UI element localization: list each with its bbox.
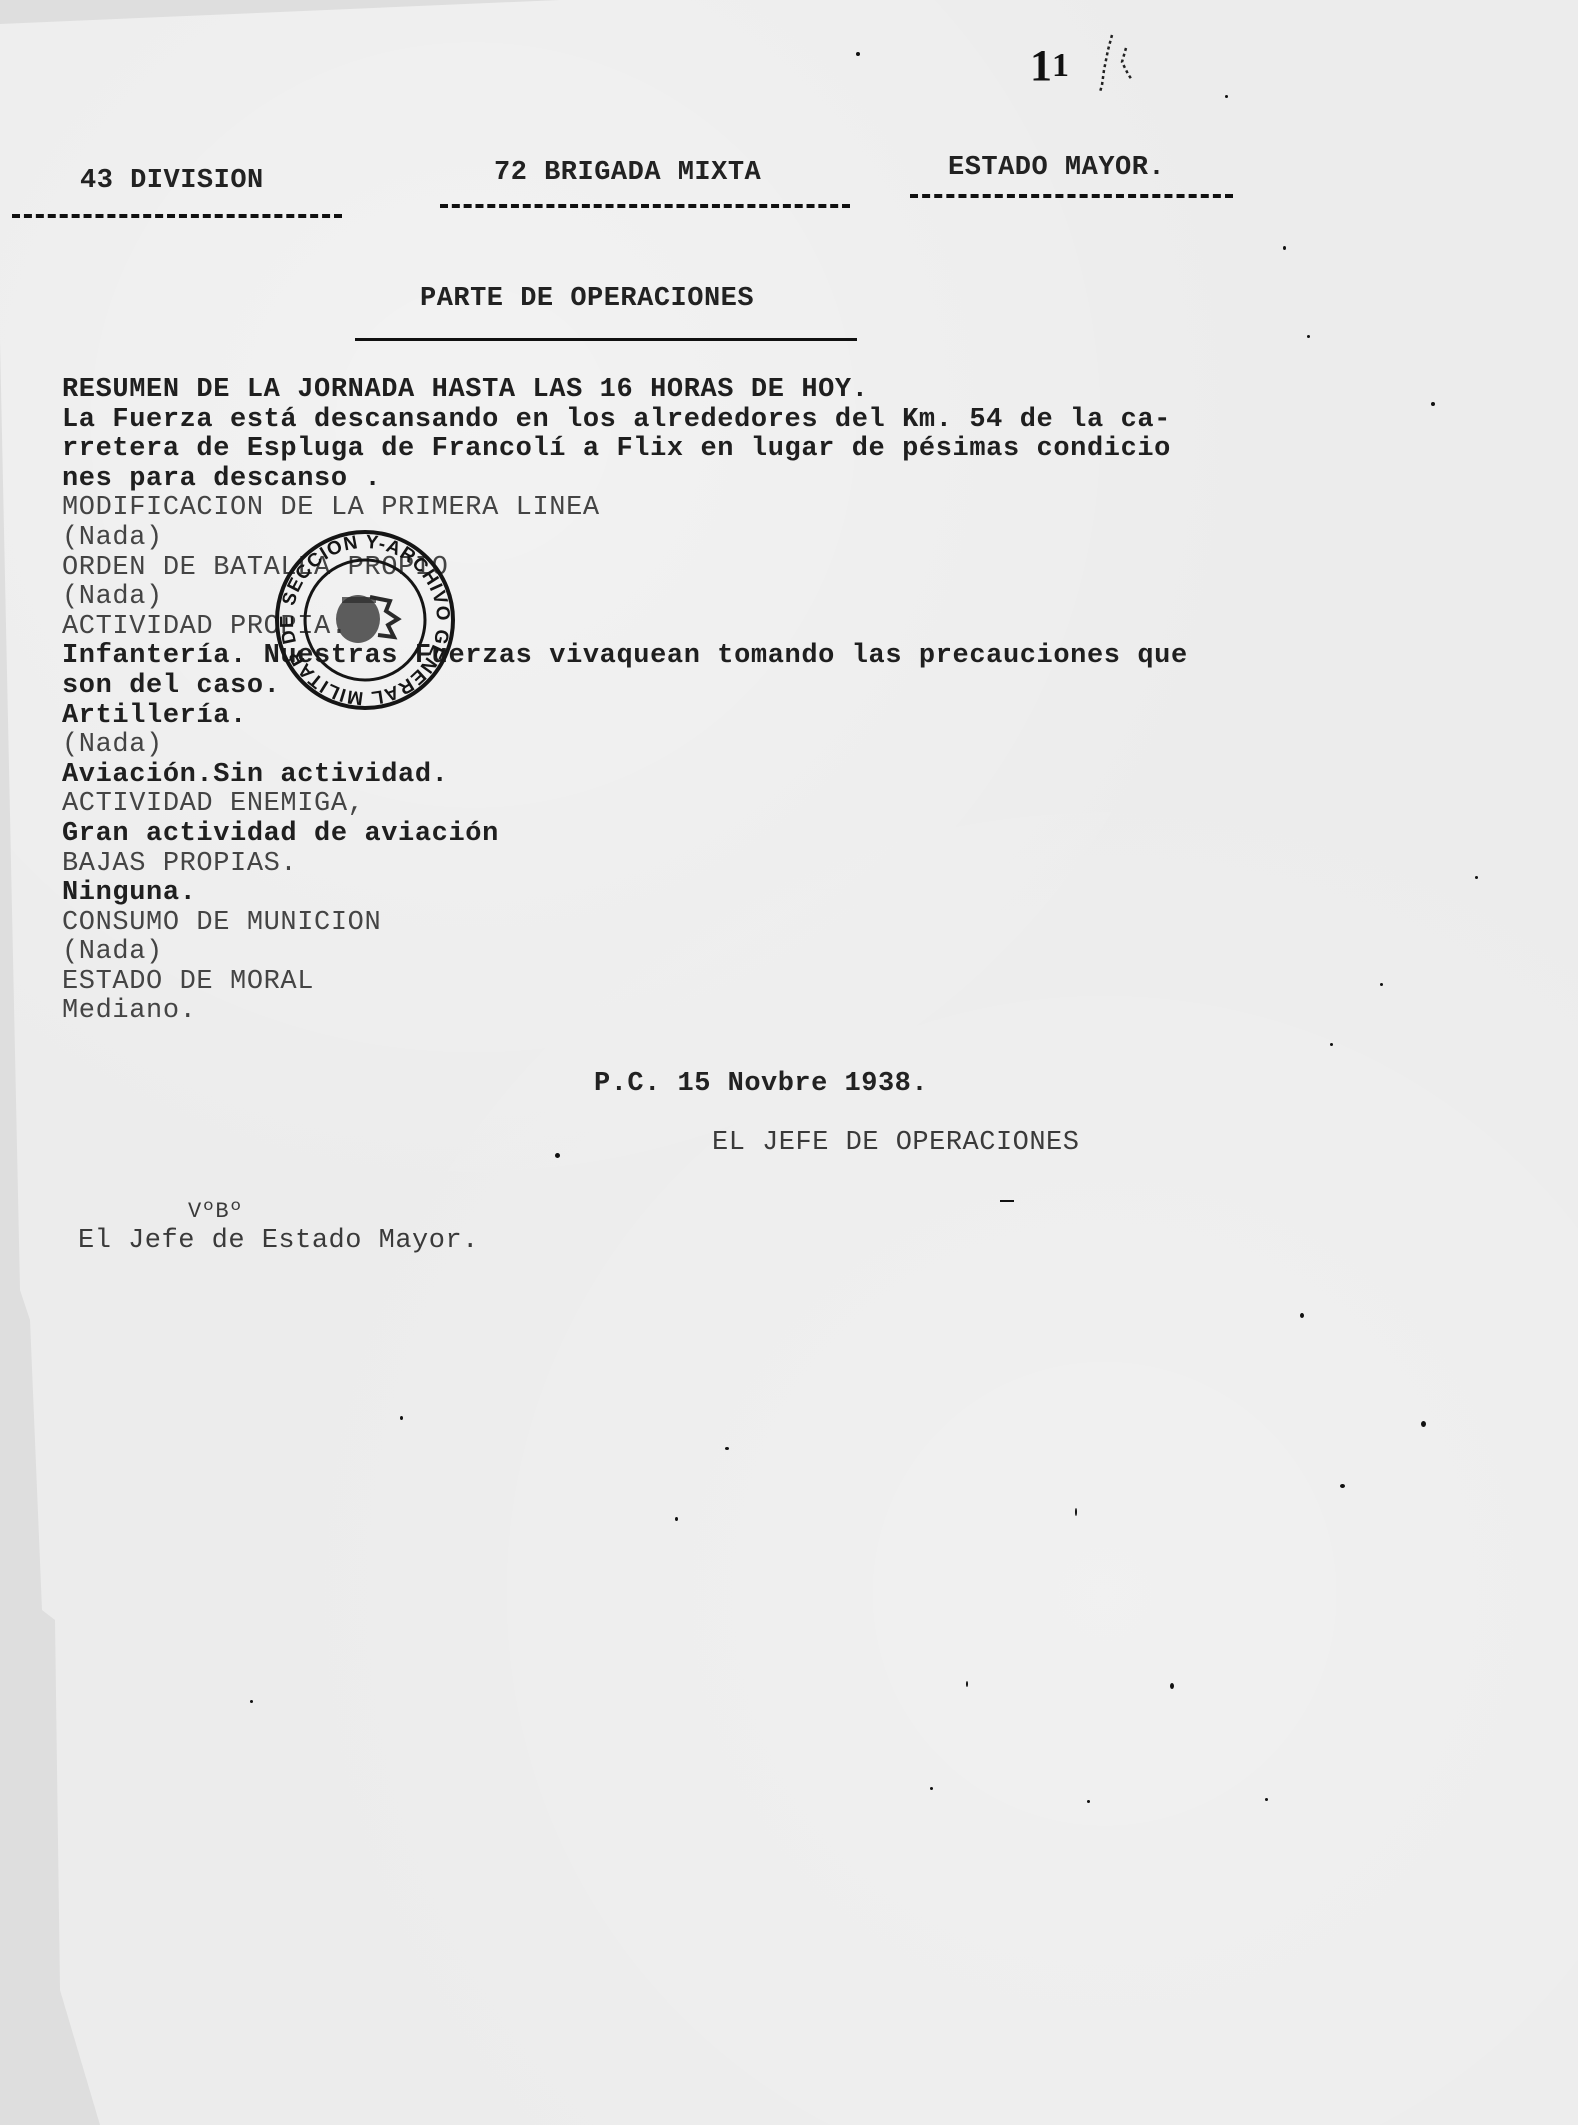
body-line: (Nada)	[62, 731, 1188, 761]
body-line: (Nada)	[62, 524, 1188, 554]
archive-stamp: SECCION Y-ARCHIVO GENERAL MILITAR DE AVI…	[272, 527, 458, 713]
body-line: La Fuerza está descansando en los alrede…	[62, 406, 1188, 436]
body-line: Aviación.Sin actividad.	[62, 761, 1188, 791]
document-page	[0, 0, 1578, 2125]
signature-mark	[1000, 1200, 1014, 1202]
header-division-rule	[12, 214, 342, 218]
title-underline	[355, 338, 857, 341]
body-line: son del caso.	[62, 672, 1188, 702]
body-line: Mediano.	[62, 997, 1188, 1027]
place-date: P.C. 15 Novbre 1938.	[594, 1069, 928, 1099]
signatory-title: EL JEFE DE OPERACIONES	[712, 1128, 1079, 1158]
body-line: BAJAS PROPIAS.	[62, 850, 1188, 880]
body-line: rretera de Espluga de Francolí a Flix en…	[62, 435, 1188, 465]
page-title: PARTE DE OPERACIONES	[420, 284, 754, 314]
header-staff: ESTADO MAYOR.	[948, 153, 1165, 183]
body-line: Gran actividad de aviación	[62, 820, 1188, 850]
header-division: 43 DIVISION	[80, 166, 264, 196]
handwritten-mark-icon	[1098, 30, 1138, 100]
body-line: ACTIVIDAD PROPIA.	[62, 613, 1188, 643]
approval-mark: VºBº	[188, 1197, 243, 1227]
approver-title: El Jefe de Estado Mayor.	[78, 1226, 479, 1256]
folio-number: 11	[1030, 40, 1069, 91]
report-body: RESUMEN DE LA JORNADA HASTA LAS 16 HORAS…	[62, 376, 1188, 1027]
body-line: (Nada)	[62, 938, 1188, 968]
header-staff-rule	[910, 194, 1233, 198]
coat-of-arms-icon	[336, 595, 398, 643]
body-line: Infantería. Nuestras Fuerzas vivaquean t…	[62, 642, 1188, 672]
body-line: ACTIVIDAD ENEMIGA,	[62, 790, 1188, 820]
body-line: nes para descanso .	[62, 465, 1188, 495]
folio-superscript: 1	[1052, 47, 1069, 84]
body-line: Artillería.	[62, 702, 1188, 732]
body-line: ESTADO DE MORAL	[62, 968, 1188, 998]
body-line: (Nada)	[62, 583, 1188, 613]
body-line: Ninguna.	[62, 879, 1188, 909]
header-brigade-rule	[440, 204, 850, 208]
body-line: RESUMEN DE LA JORNADA HASTA LAS 16 HORAS…	[62, 376, 1188, 406]
body-line: CONSUMO DE MUNICION	[62, 909, 1188, 939]
body-line: MODIFICACION DE LA PRIMERA LINEA	[62, 494, 1188, 524]
folio-digit: 1	[1030, 41, 1052, 90]
header-brigade: 72 BRIGADA MIXTA	[494, 158, 761, 188]
body-line: ORDEN DE BATALLA PROPIO	[62, 554, 1188, 584]
